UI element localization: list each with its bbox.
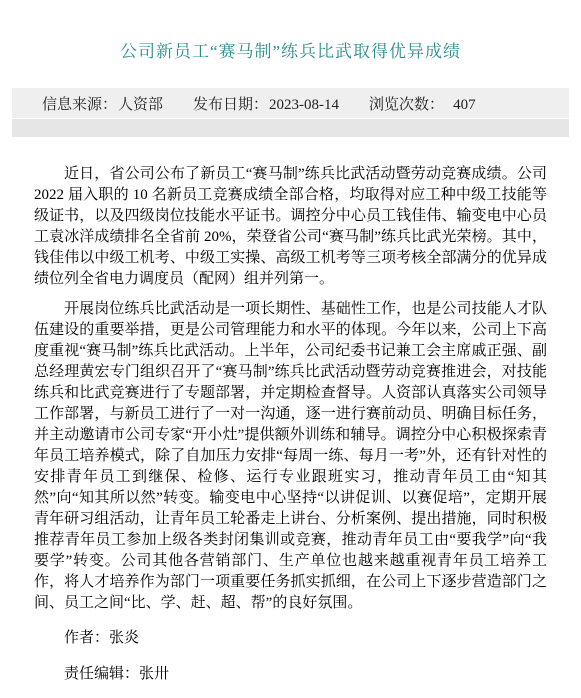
meta-view-count: 浏览次数：407 <box>369 93 476 114</box>
author-line: 作者：张炎 <box>34 628 547 649</box>
meta-source-label: 信息来源： <box>42 97 117 113</box>
meta-sub-strip <box>12 119 569 137</box>
article-page: 公司新员工“赛马制”练兵比武取得优异成绩 信息来源：人资部 发布日期：2023-… <box>0 0 581 698</box>
editor-line: 责任编辑：张卅 <box>34 664 547 685</box>
meta-views-value: 407 <box>453 97 476 113</box>
author-value: 张炎 <box>109 630 139 646</box>
author-label: 作者： <box>64 630 109 646</box>
editor-label: 责任编辑： <box>64 666 139 682</box>
article-body: 近日，省公司公布了新员工“赛马制”练兵比武活动暨劳动竞赛成绩。公司 2022 届… <box>34 164 547 614</box>
meta-publish-date: 发布日期：2023-08-14 <box>193 93 339 114</box>
meta-date-label: 发布日期： <box>193 97 268 113</box>
article-title: 公司新员工“赛马制”练兵比武取得优异成绩 <box>0 42 581 62</box>
meta-views-label: 浏览次数： <box>369 97 444 113</box>
article-meta-bar: 信息来源：人资部 发布日期：2023-08-14 浏览次数：407 <box>12 88 569 118</box>
article-paragraph: 开展岗位练兵比武活动是一项长期性、基础性工作，也是公司技能人才队伍建设的重要举措… <box>34 299 547 614</box>
meta-date-value: 2023-08-14 <box>269 97 339 113</box>
editor-value: 张卅 <box>139 666 169 682</box>
meta-source: 信息来源：人资部 <box>42 93 163 114</box>
meta-source-value: 人资部 <box>118 97 163 113</box>
article-paragraph: 近日，省公司公布了新员工“赛马制”练兵比武活动暨劳动竞赛成绩。公司 2022 届… <box>34 164 547 290</box>
article-footer: 作者：张炎 责任编辑：张卅 <box>34 628 547 685</box>
